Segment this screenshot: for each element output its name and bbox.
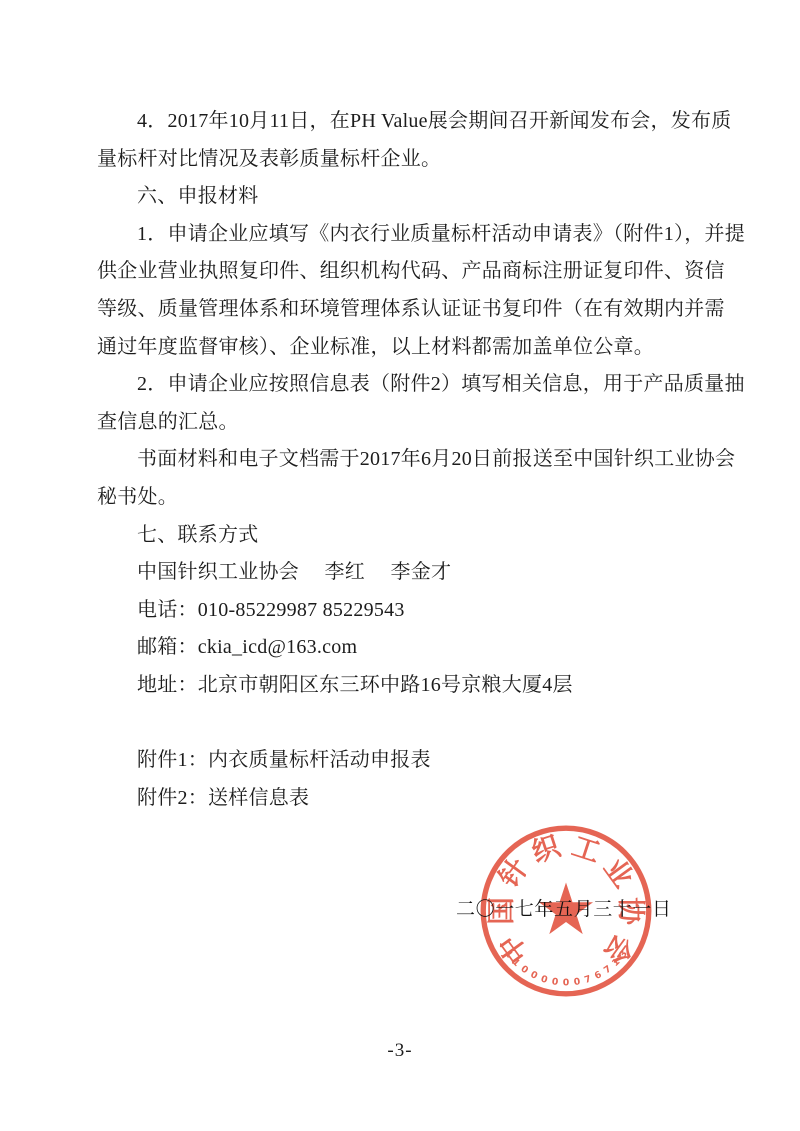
attachment-2-line: 附件2：送样信息表 (97, 780, 709, 818)
page-number: -3- (0, 1040, 800, 1062)
doc-line: 4．2017年10月11日，在PH Value展会期间召开新闻发布会，发布质 (97, 103, 709, 141)
svg-text:6: 6 (593, 969, 604, 982)
doc-line: 书面材料和电子文档需于2017年6月20日前报送至中国针织工业协会 (97, 441, 709, 479)
document-body: 4．2017年10月11日，在PH Value展会期间召开新闻发布会，发布质 量… (97, 103, 709, 817)
doc-line: 供企业营业执照复印件、组织机构代码、产品商标注册证复印件、资信 (97, 253, 709, 291)
doc-line: 秘书处。 (97, 479, 709, 517)
svg-text:0: 0 (539, 973, 549, 986)
contact-phone-line: 电话：010-85229987 85229543 (97, 592, 709, 630)
doc-line: 查信息的汇总。 (97, 404, 709, 442)
blank-line (97, 705, 709, 743)
svg-text:0: 0 (563, 978, 570, 989)
contact-email-line: 邮箱：ckia_icd@163.com (97, 629, 709, 667)
contact-names-line: 中国针织工业协会 李红 李金才 (97, 554, 709, 592)
svg-text:0: 0 (551, 976, 560, 988)
doc-line: 量标杆对比情况及表彰质量标杆企业。 (97, 141, 709, 179)
attachment-1-line: 附件1：内衣质量标杆活动申报表 (97, 742, 709, 780)
svg-text:7: 7 (583, 973, 593, 985)
svg-text:7: 7 (602, 963, 614, 976)
section-heading: 六、申报材料 (97, 178, 709, 216)
document-page: 4．2017年10月11日，在PH Value展会期间召开新闻发布会，发布质 量… (0, 0, 800, 1131)
svg-text:0: 0 (573, 976, 582, 988)
svg-text:0: 0 (529, 969, 540, 982)
doc-line: 1．申请企业应填写《内衣行业质量标杆活动申请表》（附件1），并提 (97, 216, 709, 254)
doc-line: 2．申请企业应按照信息表（附件2）填写相关信息，用于产品质量抽 (97, 366, 709, 404)
svg-text:0: 0 (519, 963, 531, 976)
contact-address-line: 地址：北京市朝阳区东三环中路16号京粮大厦4层 (97, 667, 709, 705)
doc-line: 通过年度监督审核）、企业标准，以上材料都需加盖单位公章。 (97, 329, 709, 367)
signature-date: 二〇一七年五月三十一日 (456, 897, 672, 923)
doc-line: 等级、质量管理体系和环境管理体系认证证书复印件（在有效期内并需 (97, 291, 709, 329)
section-heading: 七、联系方式 (97, 517, 709, 555)
